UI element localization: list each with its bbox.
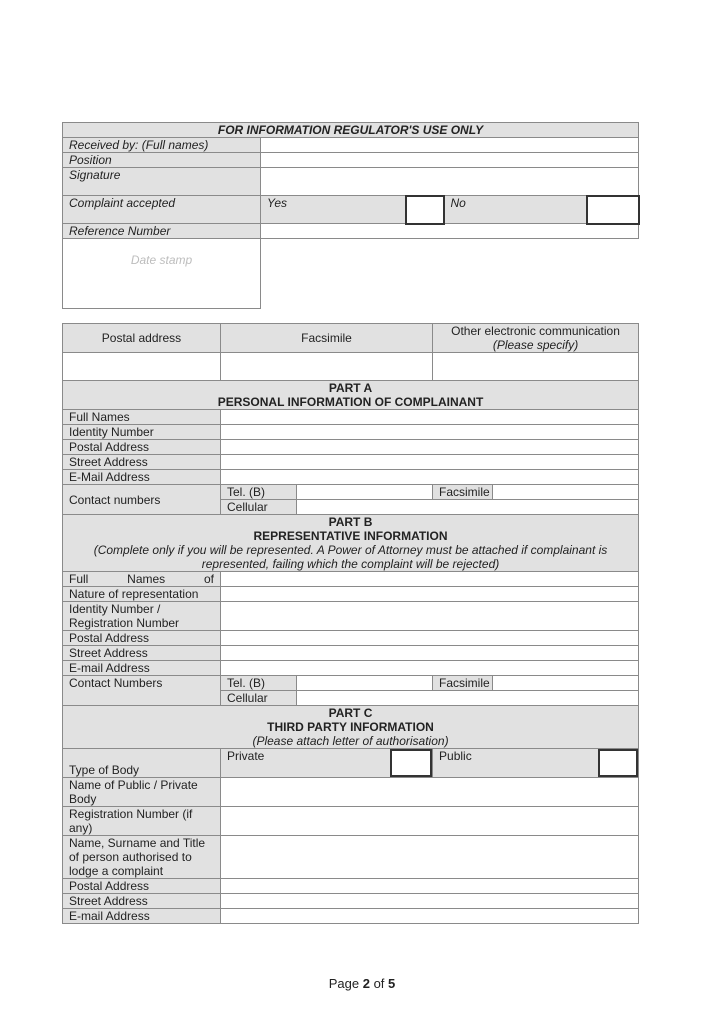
public-label: Public bbox=[433, 749, 598, 777]
third-party-street-label: Street Address bbox=[63, 894, 221, 909]
date-stamp-label: Date stamp bbox=[131, 253, 192, 267]
rep-tel-b-label: Tel. (B) bbox=[221, 676, 297, 691]
rep-facsimile-label: Facsimile bbox=[433, 676, 493, 691]
rep-email-label: E-mail Address bbox=[63, 661, 221, 676]
no-label: No bbox=[444, 196, 587, 224]
rep-identity-field[interactable] bbox=[221, 602, 639, 631]
complaint-form-table: Postal address Facsimile Other electroni… bbox=[62, 323, 639, 924]
signature-field[interactable] bbox=[261, 168, 639, 196]
full-names-field[interactable] bbox=[221, 410, 639, 425]
tel-b-label: Tel. (B) bbox=[221, 485, 297, 500]
date-stamp-box: Date stamp bbox=[63, 239, 261, 309]
facsimile-field[interactable] bbox=[493, 485, 639, 500]
rep-facsimile-field[interactable] bbox=[493, 676, 639, 691]
third-party-postal-field[interactable] bbox=[221, 879, 639, 894]
received-by-field[interactable] bbox=[261, 138, 639, 153]
registration-number-label: Registration Number (if any) bbox=[63, 807, 221, 836]
street-address-label: Street Address bbox=[63, 455, 221, 470]
part-c-label: PART C bbox=[69, 706, 632, 720]
rep-cellular-label: Cellular bbox=[221, 691, 297, 706]
part-b-label: PART B bbox=[69, 515, 632, 529]
email-address-label: E-Mail Address bbox=[63, 470, 221, 485]
part-b-title: REPRESENTATIVE INFORMATION bbox=[69, 529, 632, 543]
name-of-body-label: Name of Public / Private Body bbox=[63, 778, 221, 807]
rep-cellular-field[interactable] bbox=[297, 691, 639, 706]
street-address-field[interactable] bbox=[221, 455, 639, 470]
page-current: 2 bbox=[363, 976, 370, 991]
rep-tel-b-field[interactable] bbox=[297, 676, 433, 691]
rep-identity-label: Identity Number / Registration Number bbox=[63, 602, 221, 631]
private-label: Private bbox=[221, 749, 390, 777]
third-party-email-field[interactable] bbox=[221, 909, 639, 924]
page-prefix: Page bbox=[329, 976, 359, 991]
yes-label: Yes bbox=[261, 196, 406, 224]
position-label: Position bbox=[63, 153, 261, 168]
third-party-street-field[interactable] bbox=[221, 894, 639, 909]
tel-b-field[interactable] bbox=[297, 485, 433, 500]
facsimile-choice-field[interactable] bbox=[221, 353, 433, 381]
regulator-use-table: FOR INFORMATION REGULATOR'S USE ONLY Rec… bbox=[62, 122, 640, 309]
type-of-body-label: Type of Body bbox=[63, 749, 221, 778]
part-a-title: PERSONAL INFORMATION OF COMPLAINANT bbox=[69, 395, 632, 409]
rep-full-names-field[interactable] bbox=[221, 572, 639, 587]
facsimile-option: Facsimile bbox=[221, 324, 433, 353]
rep-postal-label: Postal Address bbox=[63, 631, 221, 646]
email-address-field[interactable] bbox=[221, 470, 639, 485]
nature-of-representation-field[interactable] bbox=[221, 587, 639, 602]
part-c-title: THIRD PARTY INFORMATION bbox=[69, 720, 632, 734]
identity-number-label: Identity Number bbox=[63, 425, 221, 440]
no-checkbox[interactable] bbox=[587, 196, 639, 224]
identity-number-field[interactable] bbox=[221, 425, 639, 440]
rep-email-field[interactable] bbox=[221, 661, 639, 676]
cellular-field[interactable] bbox=[297, 500, 639, 515]
reference-number-field[interactable] bbox=[261, 224, 639, 239]
facsimile-label: Facsimile bbox=[433, 485, 493, 500]
reference-number-label: Reference Number bbox=[63, 224, 261, 239]
rep-street-field[interactable] bbox=[221, 646, 639, 661]
part-b-note: (Complete only if you will be represente… bbox=[69, 543, 632, 571]
cellular-label: Cellular bbox=[221, 500, 297, 515]
authorised-person-field[interactable] bbox=[221, 836, 639, 879]
authorised-person-label: Name, Surname and Title of person author… bbox=[63, 836, 221, 879]
rep-full-names-text: Full Names of Representative bbox=[69, 572, 214, 586]
complaint-accepted-label: Complaint accepted bbox=[63, 196, 261, 224]
registration-number-field[interactable] bbox=[221, 807, 639, 836]
rep-contact-numbers-label: Contact Numbers bbox=[63, 676, 221, 706]
regulator-section-title: FOR INFORMATION REGULATOR'S USE ONLY bbox=[63, 123, 639, 138]
private-cell: Private bbox=[221, 749, 433, 778]
rep-postal-field[interactable] bbox=[221, 631, 639, 646]
part-c-header: PART C THIRD PARTY INFORMATION (Please a… bbox=[63, 706, 639, 749]
signature-label: Signature bbox=[63, 168, 261, 196]
page-number: Page 2 of 5 bbox=[0, 976, 724, 991]
postal-address-label: Postal Address bbox=[63, 440, 221, 455]
postal-address-choice-field[interactable] bbox=[63, 353, 221, 381]
name-of-body-field[interactable] bbox=[221, 778, 639, 807]
rep-street-label: Street Address bbox=[63, 646, 221, 661]
postal-address-field[interactable] bbox=[221, 440, 639, 455]
page-total: 5 bbox=[388, 976, 395, 991]
received-by-label: Received by: (Full names) bbox=[63, 138, 261, 153]
part-c-note: (Please attach letter of authorisation) bbox=[69, 734, 632, 748]
other-electronic-label: Other electronic communication bbox=[439, 324, 632, 338]
third-party-postal-label: Postal Address bbox=[63, 879, 221, 894]
rep-full-names-label: Full Names of Representative bbox=[63, 572, 221, 587]
contact-numbers-label: Contact numbers bbox=[63, 485, 221, 515]
page-of: of bbox=[374, 976, 385, 991]
part-b-header: PART B REPRESENTATIVE INFORMATION (Compl… bbox=[63, 515, 639, 572]
public-checkbox[interactable] bbox=[598, 749, 638, 777]
please-specify-note: (Please specify) bbox=[439, 338, 632, 352]
postal-address-option: Postal address bbox=[63, 324, 221, 353]
full-names-label: Full Names bbox=[63, 410, 221, 425]
other-electronic-choice-field[interactable] bbox=[433, 353, 639, 381]
part-a-label: PART A bbox=[69, 381, 632, 395]
private-checkbox[interactable] bbox=[390, 749, 432, 777]
public-cell: Public bbox=[433, 749, 639, 778]
third-party-email-label: E-mail Address bbox=[63, 909, 221, 924]
yes-checkbox[interactable] bbox=[406, 196, 444, 224]
position-field[interactable] bbox=[261, 153, 639, 168]
other-electronic-option: Other electronic communication(Please sp… bbox=[433, 324, 639, 353]
part-a-header: PART APERSONAL INFORMATION OF COMPLAINAN… bbox=[63, 381, 639, 410]
nature-of-representation-label: Nature of representation bbox=[63, 587, 221, 602]
